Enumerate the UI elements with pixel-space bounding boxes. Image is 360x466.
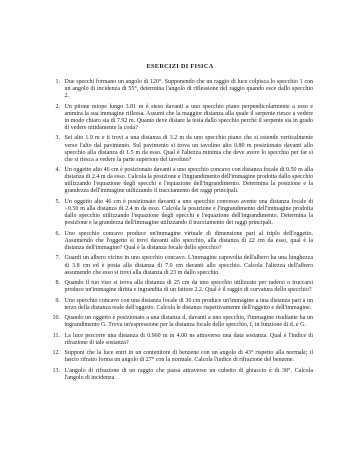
exercise-item-4: 4. Un oggetto alto 46 cm è posizionato d… xyxy=(47,167,313,195)
exercise-number: 11. xyxy=(47,333,65,347)
exercise-number: 10. xyxy=(47,315,65,329)
exercise-item-5: 5. Un oggetto alto 46 cm è posizionato d… xyxy=(47,199,313,227)
exercise-number: 6. xyxy=(47,231,65,252)
exercise-text: Un oggetto alto 46 cm è posizionato dava… xyxy=(65,167,314,195)
exercise-text: Quando il tuo viso si trova alla distanz… xyxy=(65,280,314,294)
exercise-text: Uno specchio concavo produce un'immagine… xyxy=(65,231,314,252)
document-page: ESERCIZI DI FISICA 1. Due specchi forman… xyxy=(0,0,360,466)
exercise-number: 1. xyxy=(47,79,65,100)
exercise-item-3: 3. Sei alto 1.9 m e ti trovi a una dista… xyxy=(47,135,313,163)
exercise-item-13: 13. L'angolo di rifrazione di un raggio … xyxy=(47,368,313,382)
exercise-item-8: 8. Quando il tuo viso si trova alla dist… xyxy=(47,280,313,294)
exercise-text: Un pitone miope lungo 3.81 m è steso dav… xyxy=(65,104,314,132)
exercise-item-12: 12. Supponi che la luce entri in un cont… xyxy=(47,350,313,364)
exercise-text: Guardi un albero vicino in uno specchio … xyxy=(65,255,314,276)
exercise-number: 12. xyxy=(47,350,65,364)
exercise-number: 9. xyxy=(47,298,65,312)
page-title: ESERCIZI DI FISICA xyxy=(0,63,360,70)
exercise-item-7: 7. Guardi un albero vicino in uno specch… xyxy=(47,255,313,276)
exercise-item-1: 1. Due specchi formano un angolo di 120°… xyxy=(47,79,313,100)
exercise-number: 3. xyxy=(47,135,65,163)
exercise-text: L'angolo di rifrazione di un raggio che … xyxy=(65,368,314,382)
exercise-number: 4. xyxy=(47,167,65,195)
exercise-item-9: 9. Uno specchio concavo con una distanza… xyxy=(47,298,313,312)
exercise-item-10: 10. Quando un oggetto è posizionato a un… xyxy=(47,315,313,329)
exercise-text: Quando un oggetto è posizionato a una di… xyxy=(65,315,314,329)
exercise-item-6: 6. Uno specchio concavo produce un'immag… xyxy=(47,231,313,252)
exercise-text: Supponi che la luce entri in un contenit… xyxy=(65,350,314,364)
exercise-number: 7. xyxy=(47,255,65,276)
exercise-item-11: 11. La luce percorre una distanza di 0.9… xyxy=(47,333,313,347)
exercise-text: La luce percorre una distanza di 0.960 m… xyxy=(65,333,314,347)
exercise-text: Due specchi formano un angolo di 120°. S… xyxy=(65,79,314,100)
exercise-number: 8. xyxy=(47,280,65,294)
exercise-item-2: 2. Un pitone miope lungo 3.81 m è steso … xyxy=(47,104,313,132)
exercise-text: Uno specchio concavo con una distanza fo… xyxy=(65,298,314,312)
exercise-number: 13. xyxy=(47,368,65,382)
exercise-number: 5. xyxy=(47,199,65,227)
exercise-list: 1. Due specchi formano un angolo di 120°… xyxy=(0,79,360,382)
exercise-number: 2. xyxy=(47,104,65,132)
exercise-text: Sei alto 1.9 m e ti trovi a una distanza… xyxy=(65,135,314,163)
exercise-text: Un oggetto alto 46 cm è posizionato dava… xyxy=(65,199,314,227)
